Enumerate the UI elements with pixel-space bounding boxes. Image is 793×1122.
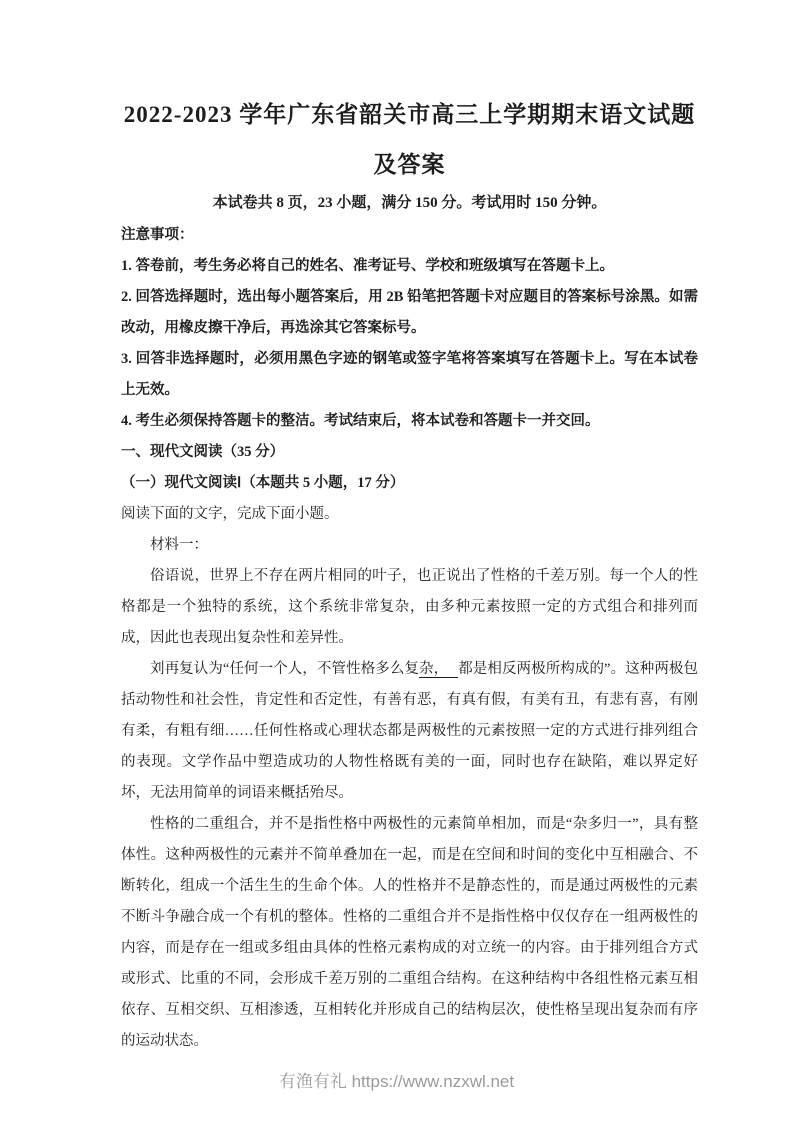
exam-info-line: 本试卷共 8 页，23 小题，满分 150 分。考试用时 150 分钟。 [121,190,698,216]
notice-item: 1. 答卷前，考生务必将自己的姓名、准考证号、学校和班级填写在答题卡上。 [121,251,698,282]
page-content: 2022-2023 学年广东省韶关市高三上学期期末语文试题及答案 本试卷共 8 … [0,0,793,1057]
site-watermark: 有渔有礼 https://www.nzxwl.net [0,1070,793,1094]
section-heading: 一、现代文阅读（35 分） [121,437,698,468]
underlined-text: 杂， [419,661,458,678]
exam-paper-page: 2022-2023 学年广东省韶关市高三上学期期末语文试题及答案 本试卷共 8 … [0,0,793,1122]
material-paragraph: 性格的二重组合，并不是指性格中两极性的元素简单相加，而是“杂多归一”，具有整体性… [121,809,698,1057]
notice-heading: 注意事项： [121,220,698,251]
notice-list: 1. 答卷前，考生务必将自己的姓名、准考证号、学校和班级填写在答题卡上。2. 回… [121,251,698,437]
reading-instruction: 阅读下面的文字，完成下面小题。 [121,499,698,530]
section-subheading: （一）现代文阅读Ⅰ（本题共 5 小题，17 分） [121,468,698,499]
paragraph-text: 刘再复认为“任何一个人，不管性格多么复 [150,661,419,677]
notice-item: 2. 回答选择题时，选出每小题答案后，用 2B 铅笔把答题卡对应题目的答案标号涂… [121,282,698,344]
material-paragraphs: 俗语说，世界上不存在两片相同的叶子，也正说出了性格的千差万别。每一个人的性格都是… [121,561,698,1057]
page-title: 2022-2023 学年广东省韶关市高三上学期期末语文试题及答案 [121,90,698,190]
paragraph-text: 都是相反两极所构成的”。这种两极包括动物性和社会性，肯定性和否定性，有善有恶，有… [121,661,698,801]
material-paragraph: 刘再复认为“任何一个人，不管性格多么复杂，都是相反两极所构成的”。这种两极包括动… [121,654,698,809]
material-paragraph: 俗语说，世界上不存在两片相同的叶子，也正说出了性格的千差万别。每一个人的性格都是… [121,561,698,654]
notice-item: 4. 考生必须保持答题卡的整洁。考试结束后，将本试卷和答题卡一并交回。 [121,406,698,437]
notice-item: 3. 回答非选择题时，必须用黑色字迹的钢笔或签字笔将答案填写在答题卡上。写在本试… [121,344,698,406]
material-label: 材料一： [121,530,698,561]
